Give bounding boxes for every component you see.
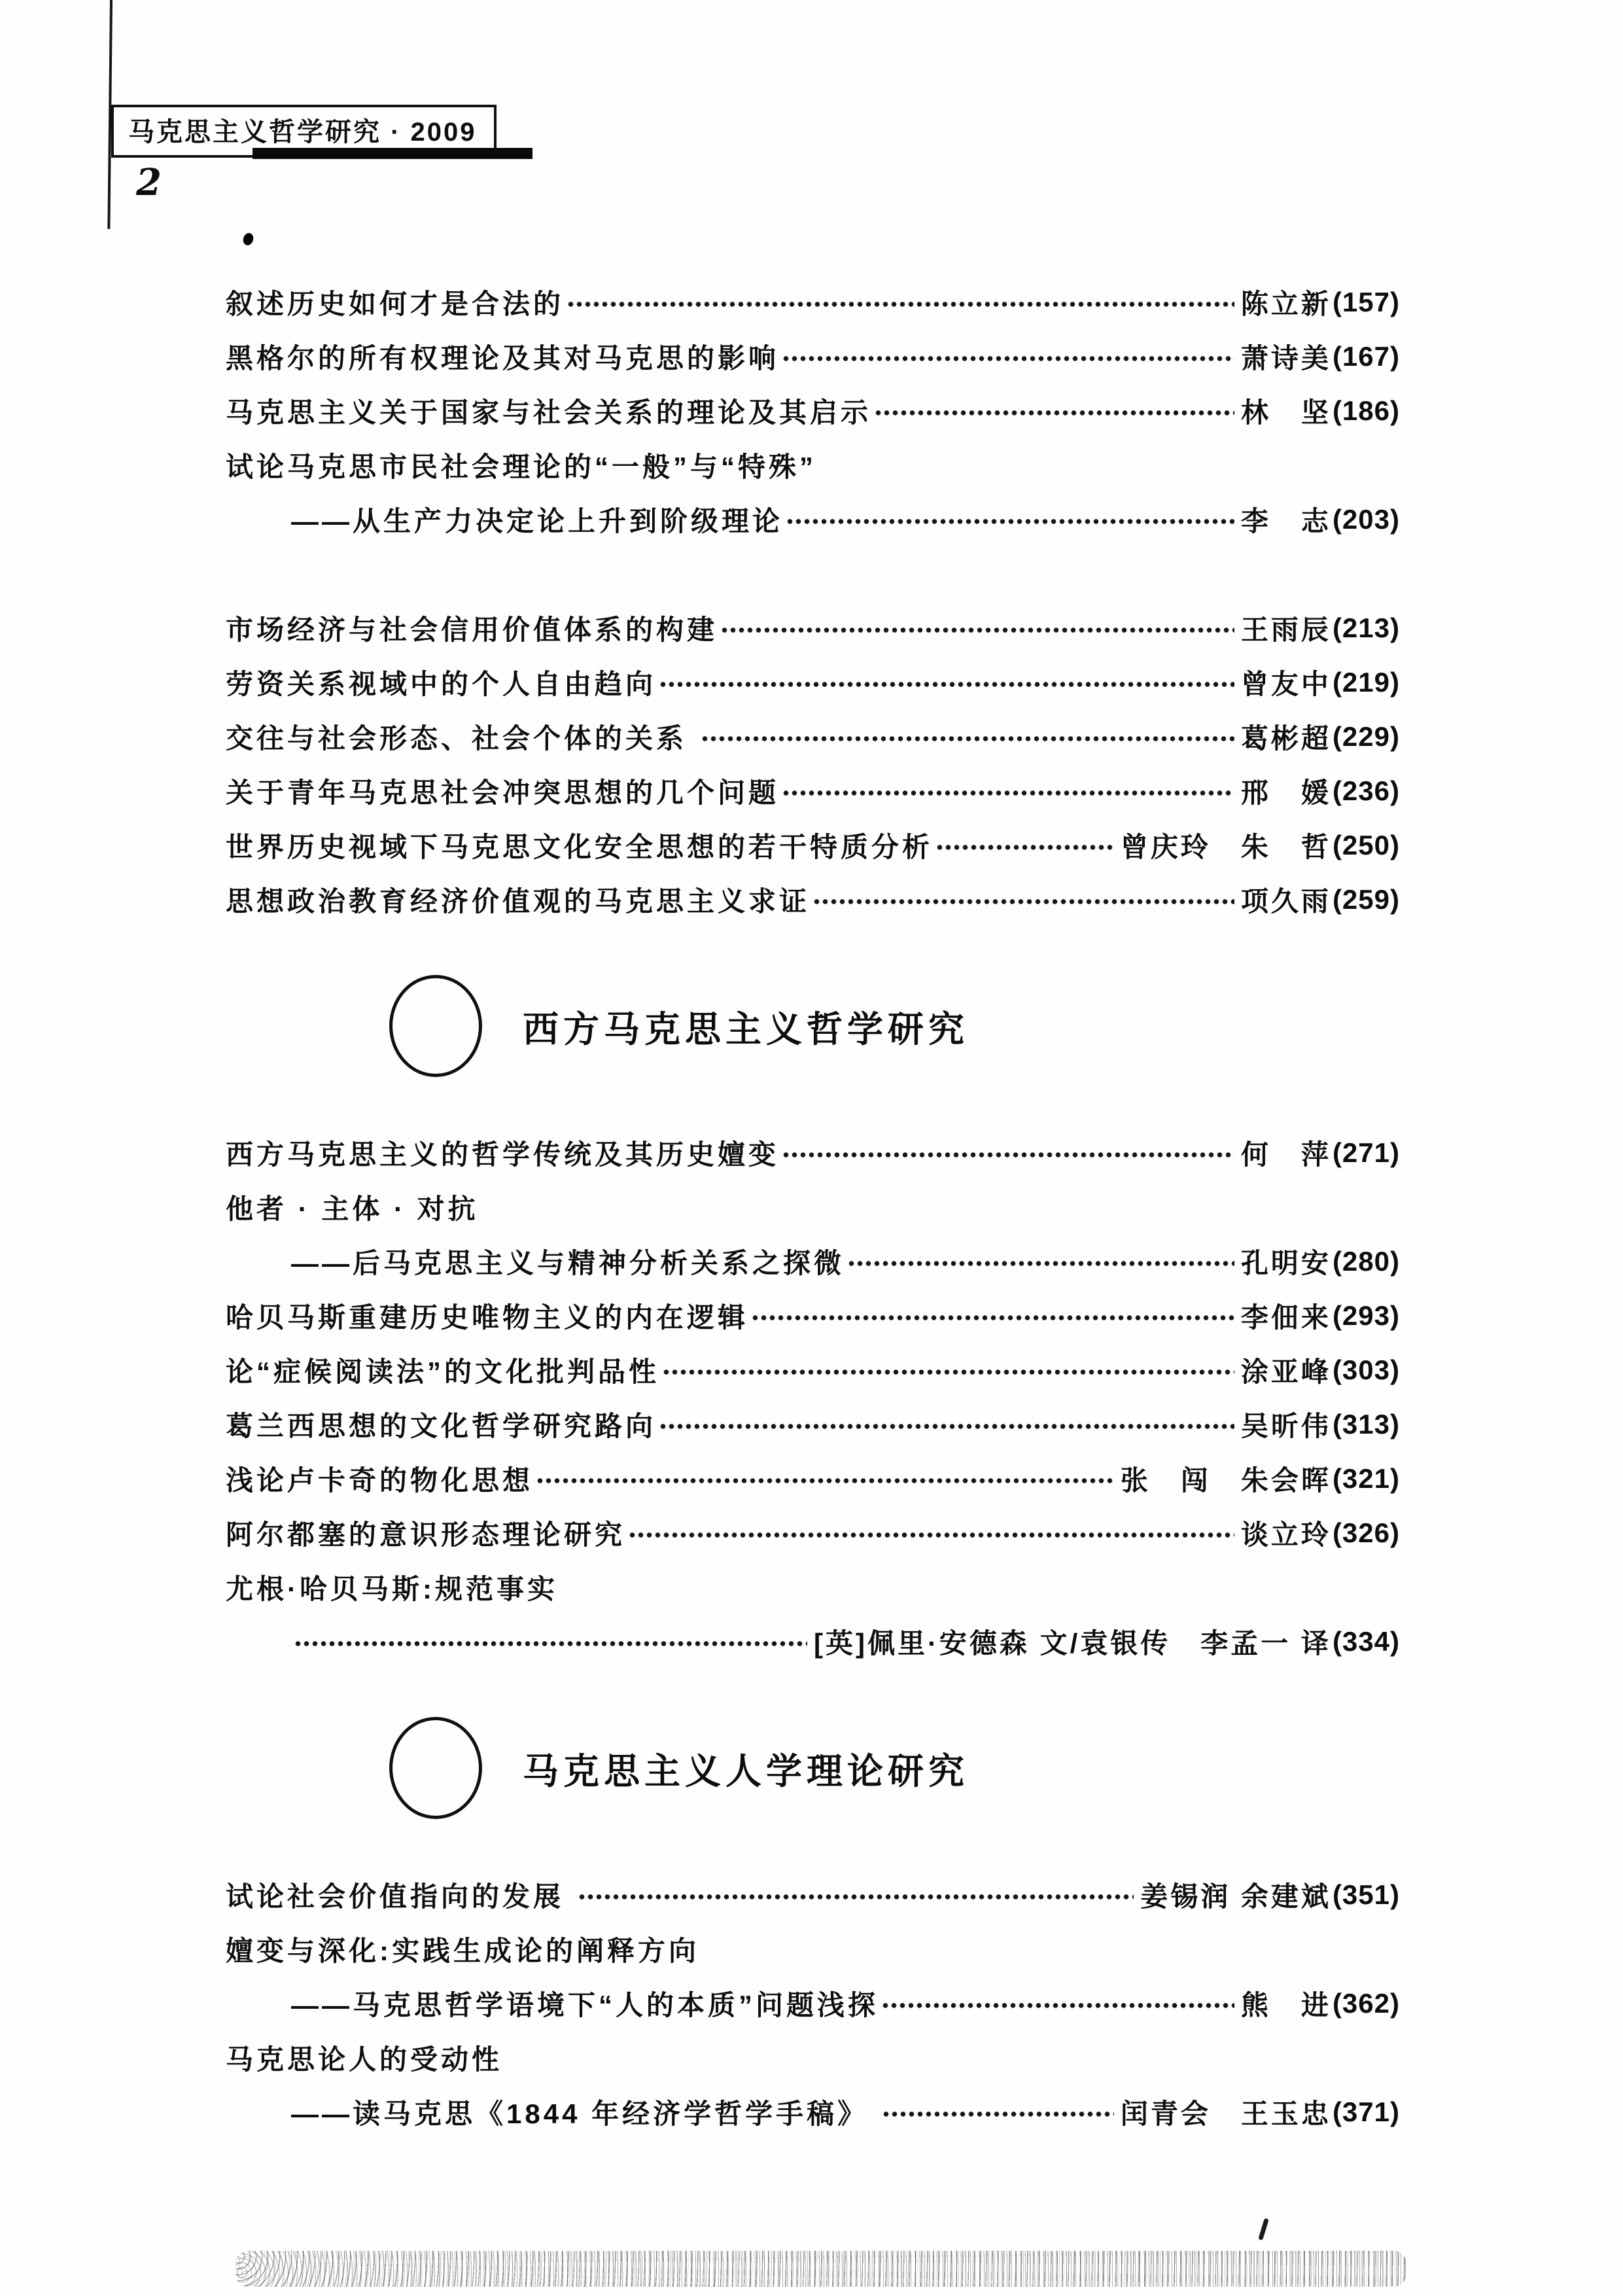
toc-entry: 嬗变与深化:实践生成论的阐释方向 [226, 1922, 1400, 1976]
dot-leader [935, 834, 1114, 861]
entry-title: ——读马克思《1844 年经济学哲学手稿》 [291, 2093, 879, 2132]
scan-noise [236, 2251, 1406, 2287]
entry-page-number: (236) [1333, 775, 1400, 807]
entry-title: 世界历史视域下马克思文化安全思想的若干特质分析 [226, 826, 933, 865]
toc-entry: 哈贝马斯重建历史唯物主义的内在逻辑李佃来(293) [226, 1288, 1400, 1343]
entry-title: 试论马克思市民社会理论的“一般”与“特殊” [226, 446, 816, 485]
toc-entry: 思想政治教育经济价值观的马克思主义求证项久雨(259) [226, 872, 1400, 927]
entry-title: 叙述历史如何才是合法的 [226, 283, 564, 322]
entry-author: 何 萍 [1241, 1133, 1331, 1173]
entry-page-number: (334) [1333, 1626, 1400, 1657]
entry-page-number: (203) [1333, 504, 1400, 535]
entry-page-number: (213) [1333, 612, 1400, 644]
toc-entry-continuation: ——后马克思主义与精神分析关系之探微孔明安(280) [226, 1234, 1400, 1288]
page-number: 2 [136, 161, 162, 204]
entry-author: 王雨辰 [1241, 609, 1331, 648]
entry-page-number: (157) [1333, 287, 1400, 318]
entry-author: 闰青会 王玉忠 [1121, 2093, 1331, 2132]
toc-entry: 叙述历史如何才是合法的陈立新(157) [226, 275, 1400, 329]
entry-title: ——后马克思主义与精神分析关系之探微 [291, 1242, 845, 1281]
entry-page-number: (167) [1333, 341, 1400, 372]
dot-leader [662, 1358, 1234, 1386]
toc-entry: 马克思主义关于国家与社会关系的理论及其启示林 坚(186) [226, 383, 1400, 438]
entry-title: 哈贝马斯重建历史唯物主义的内在逻辑 [226, 1296, 748, 1335]
entry-page-number: (250) [1333, 830, 1400, 861]
toc-entry: 他者 · 主体 · 对抗 [226, 1180, 1400, 1234]
entry-title: 论“症候阅读法”的文化批判品性 [226, 1351, 659, 1390]
entry-author: 林 坚 [1241, 391, 1331, 431]
entry-page-number: (293) [1333, 1300, 1400, 1332]
entry-title: ——马克思哲学语境下“人的本质”问题浅探 [291, 1984, 879, 2023]
entry-page-number: (362) [1333, 1988, 1400, 2019]
toc-entry: 马克思论人的受动性 [226, 2030, 1400, 2085]
section-heading: 西方马克思主义哲学研究 [389, 974, 1400, 1078]
dot-leader [847, 1250, 1234, 1277]
entry-title: 西方马克思主义的哲学传统及其历史嬗变 [226, 1133, 779, 1173]
entry-page-number: (303) [1333, 1354, 1400, 1386]
entry-title: 劳资关系视域中的个人自由趋向 [226, 663, 656, 702]
dot-leader [782, 345, 1234, 372]
section-heading: 马克思主义人学理论研究 [389, 1716, 1400, 1820]
entry-page-number: (371) [1333, 2096, 1400, 2128]
entry-title: 交往与社会形态、社会个体的关系 [226, 717, 698, 756]
scan-fleck [1258, 2218, 1269, 2241]
entry-author: 张 闯 朱会晖 [1121, 1459, 1331, 1498]
toc-entry: 浅论卢卡奇的物化思想张 闯 朱会晖(321) [226, 1451, 1400, 1506]
toc-entry: 试论社会价值指向的发展 姜锡润 余建斌(351) [226, 1867, 1400, 1922]
toc-entry-continuation: ——马克思哲学语境下“人的本质”问题浅探熊 进(362) [226, 1976, 1400, 2030]
toc-entry: 阿尔都塞的意识形态理论研究谈立玲(326) [226, 1506, 1400, 1560]
section-heading-label: 马克思主义人学理论研究 [523, 1742, 969, 1794]
dot-leader [782, 1141, 1234, 1169]
toc-entry: 西方马克思主义的哲学传统及其历史嬗变何 萍(271) [226, 1125, 1400, 1180]
toc-entry-continuation: [英]佩里·安德森 文/袁银传 李孟一 译(334) [226, 1614, 1400, 1669]
toc-entry: 世界历史视域下马克思文化安全思想的若干特质分析曾庆玲 朱 哲(250) [226, 818, 1400, 872]
entry-title: 黑格尔的所有权理论及其对马克思的影响 [226, 337, 779, 376]
dot-leader [628, 1521, 1234, 1549]
entry-title: 尤根·哈贝马斯:规范事实 [226, 1568, 558, 1607]
entry-page-number: (280) [1333, 1246, 1400, 1277]
dot-leader [294, 1630, 807, 1657]
entry-page-number: (326) [1333, 1517, 1400, 1549]
entry-author: 陈立新 [1241, 283, 1331, 322]
toc-entry-continuation: ——读马克思《1844 年经济学哲学手稿》 闰青会 王玉忠(371) [226, 2085, 1400, 2139]
entry-page-number: (229) [1333, 721, 1400, 752]
entry-title: 马克思主义关于国家与社会关系的理论及其启示 [226, 391, 871, 431]
section-heading-label: 西方马克思主义哲学研究 [523, 1000, 969, 1052]
entry-title: 阿尔都塞的意识形态理论研究 [226, 1513, 625, 1553]
dot-leader [751, 1304, 1234, 1332]
toc-entry: 试论马克思市民社会理论的“一般”与“特殊” [226, 438, 1400, 492]
entry-title: ——从生产力决定论上升到阶级理论 [291, 500, 783, 539]
toc-entry: 葛兰西思想的文化哲学研究路向吴昕伟(313) [226, 1397, 1400, 1451]
entry-author: 吴昕伟 [1241, 1405, 1331, 1444]
entry-author: 邢 媛 [1241, 771, 1331, 811]
entry-author: 姜锡润 余建斌 [1140, 1875, 1331, 1915]
entry-author: 李佃来 [1241, 1296, 1331, 1335]
entry-title: 试论社会价值指向的发展 [226, 1875, 575, 1915]
entry-title: 他者 · 主体 · 对抗 [226, 1188, 479, 1227]
entry-title: 浅论卢卡奇的物化思想 [226, 1459, 533, 1498]
dot-leader [786, 508, 1234, 535]
dot-leader [701, 725, 1234, 752]
entry-author: 熊 进 [1241, 1984, 1331, 2023]
toc-entry-continuation: ——从生产力决定论上升到阶级理论李 志(203) [226, 492, 1400, 546]
entry-title: 葛兰西思想的文化哲学研究路向 [226, 1405, 656, 1444]
dot-leader [882, 2100, 1114, 2128]
toc-entry: 尤根·哈贝马斯:规范事实 [226, 1560, 1400, 1614]
dot-leader [659, 671, 1234, 698]
entry-title: 市场经济与社会信用价值体系的构建 [226, 609, 718, 648]
dot-leader [578, 1883, 1134, 1911]
section-circle-icon [389, 975, 482, 1077]
toc-entry: 劳资关系视域中的个人自由趋向曾友中(219) [226, 655, 1400, 709]
entry-author: 曾友中 [1241, 663, 1331, 702]
scanned-toc-page: 马克思主义哲学研究 · 2009 2 叙述历史如何才是合法的陈立新(157)黑格… [0, 0, 1623, 2296]
entry-author: 项久雨 [1241, 880, 1331, 919]
dot-leader [874, 399, 1234, 427]
entry-author: 曾庆玲 朱 哲 [1121, 826, 1331, 865]
entry-author: 萧诗美 [1241, 337, 1331, 376]
entry-author: 孔明安 [1241, 1242, 1331, 1281]
entry-author: 葛彬超 [1241, 717, 1331, 756]
entry-author: 涂亚峰 [1241, 1351, 1331, 1390]
dot-leader [812, 888, 1234, 915]
dot-leader [881, 1992, 1234, 2019]
toc-entry: 交往与社会形态、社会个体的关系 葛彬超(229) [226, 709, 1400, 764]
dot-leader [567, 291, 1234, 318]
entry-author: 谈立玲 [1241, 1513, 1331, 1553]
entry-title: 思想政治教育经济价值观的马克思主义求证 [226, 880, 810, 919]
entry-page-number: (186) [1333, 395, 1400, 427]
dot-leader [536, 1467, 1114, 1494]
table-of-contents: 叙述历史如何才是合法的陈立新(157)黑格尔的所有权理论及其对马克思的影响萧诗美… [226, 275, 1400, 2139]
entry-page-number: (351) [1333, 1879, 1400, 1911]
toc-entry: 论“症候阅读法”的文化批判品性涂亚峰(303) [226, 1343, 1400, 1397]
toc-entry: 黑格尔的所有权理论及其对马克思的影响萧诗美(167) [226, 329, 1400, 383]
header-underline-bar [253, 148, 532, 159]
entry-author: 李 志 [1241, 500, 1331, 539]
entry-page-number: (259) [1333, 884, 1400, 915]
entry-page-number: (219) [1333, 667, 1400, 698]
entry-title: 关于青年马克思社会冲突思想的几个问题 [226, 771, 779, 811]
entry-author: [英]佩里·安德森 文/袁银传 李孟一 译 [814, 1622, 1331, 1661]
entry-title: 马克思论人的受动性 [226, 2038, 502, 2077]
dot-leader [720, 616, 1234, 644]
entry-title: 嬗变与深化:实践生成论的阐释方向 [226, 1930, 699, 1969]
section-circle-icon [389, 1717, 482, 1819]
edition-title: 马克思主义哲学研究 · 2009 [128, 118, 477, 147]
dot-leader [782, 779, 1234, 807]
entry-page-number: (313) [1333, 1409, 1400, 1440]
toc-entry: 关于青年马克思社会冲突思想的几个问题邢 媛(236) [226, 764, 1400, 818]
entry-page-number: (321) [1333, 1463, 1400, 1494]
entry-page-number: (271) [1333, 1137, 1400, 1169]
ink-dot [241, 232, 254, 247]
dot-leader [659, 1413, 1234, 1440]
toc-entry: 市场经济与社会信用价值体系的构建王雨辰(213) [226, 601, 1400, 655]
